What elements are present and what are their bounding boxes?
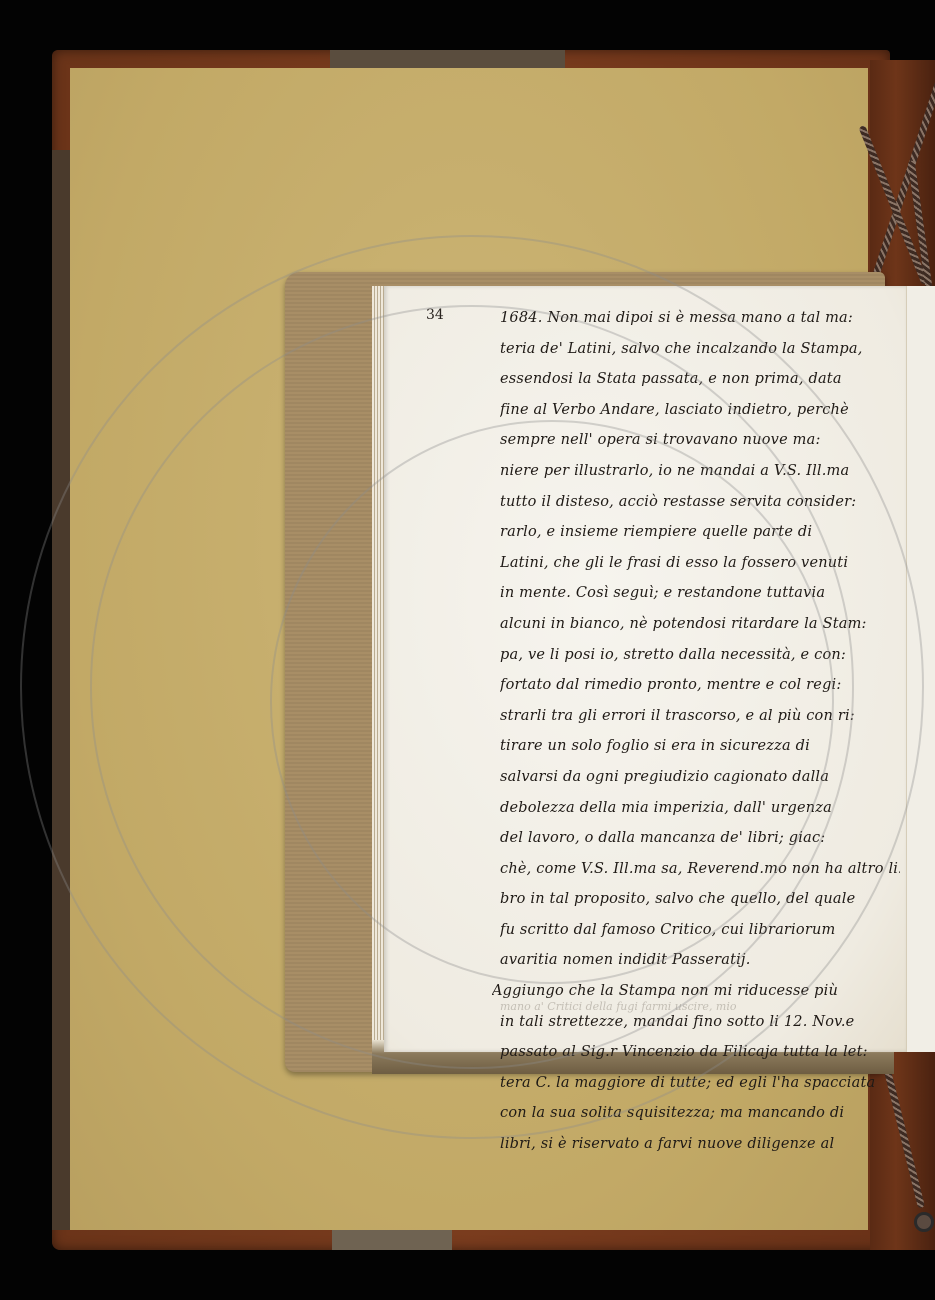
text-line: rarlo, e insieme riempiere quelle parte … [500,517,900,548]
text-line: teria de' Latini, salvo che incalzando l… [500,334,900,365]
folio-number: 34 [426,307,444,323]
text-line: bro in tal proposito, salvo che quello, … [500,884,900,915]
facing-page [906,286,935,1052]
cover-bottom-strip [332,1228,452,1250]
text-line: sempre nell' opera si trovavano nuove ma… [500,425,900,456]
text-line: debolezza della mia imperizia, dall' urg… [500,793,900,824]
text-line: strarli tra gli errori il trascorso, e a… [500,701,900,732]
text-line: tirare un solo foglio si era in sicurezz… [500,731,900,762]
text-line: del lavoro, o dalla mancanza de' libri; … [500,823,900,854]
text-line: avaritia nomen indidit Passeratij. [500,945,900,976]
cord-grommet-icon [914,1212,934,1232]
text-line: in mente. Così seguì; e restandone tutta… [500,578,900,609]
text-line: fortato dal rimedio pronto, mentre e col… [500,670,900,701]
text-line: niere per illustrarlo, io ne mandai a V.… [500,456,900,487]
text-line: 1684. Non mai dipoi si è messa mano a ta… [500,303,900,334]
text-line: chè, come V.S. Ill.ma sa, Reverend.mo no… [500,854,900,885]
text-line: Latini, che gli le frasi di esso la foss… [500,548,900,579]
cover-edge-strip [52,150,70,1230]
text-line: fine al Verbo Andare, lasciato indietro,… [500,395,900,426]
text-line: essendosi la Stata passata, e non prima,… [500,364,900,395]
text-line: passato al Sig.r Vincenzio da Filicaja t… [500,1037,900,1068]
handwritten-text: 1684. Non mai dipoi si è messa mano a ta… [500,303,900,1160]
cover-top-strip [330,50,565,70]
text-line: tutto il disteso, acciò restasse servita… [500,487,900,518]
text-line: salvarsi da ogni pregiudizio cagionato d… [500,762,900,793]
text-line: libri, si è riservato a farvi nuove dili… [500,1129,900,1160]
bleed-through-text: mano a' Critici della fugi farmi uscire,… [500,1000,737,1013]
text-line: con la sua solita squisitezza; ma mancan… [500,1098,900,1129]
text-line: pa, ve li posi io, stretto dalla necessi… [500,640,900,671]
text-line: alcuni in bianco, nè potendosi ritardare… [500,609,900,640]
text-line: fu scritto dal famoso Critico, cui libra… [500,915,900,946]
text-line: tera C. la maggiore di tutte; ed egli l'… [500,1068,900,1099]
